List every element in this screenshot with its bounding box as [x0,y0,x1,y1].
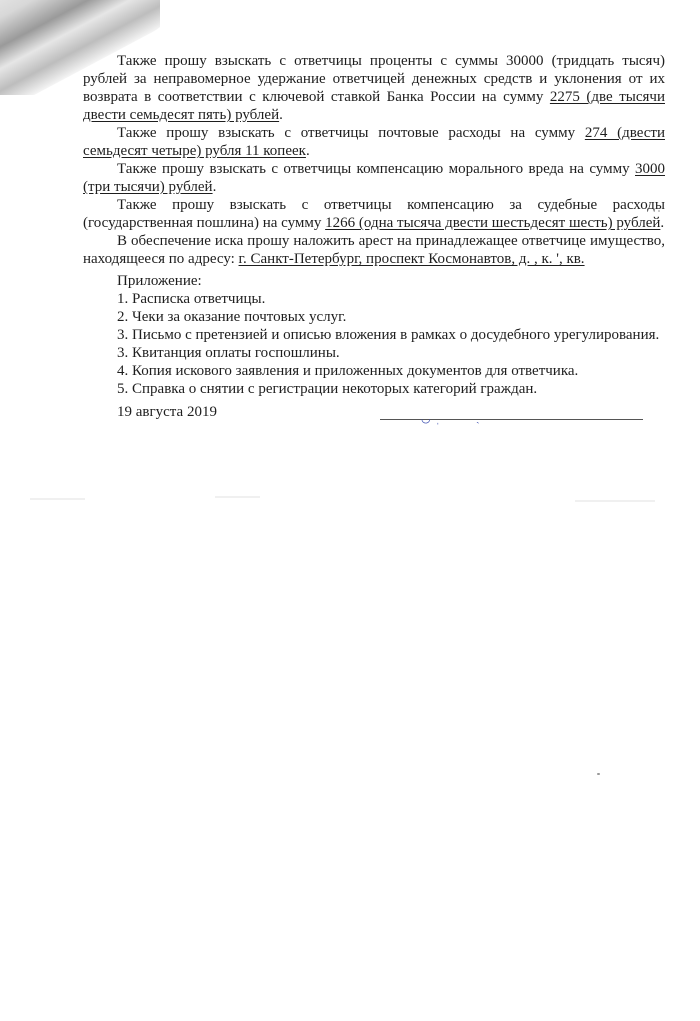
underlined-amount: г. Санкт-Петербург, проспект Космонавтов… [239,251,585,267]
claim-paragraph: В обеспечение иска прошу наложить арест … [83,232,665,268]
scan-artifact [575,500,655,502]
attachment-item: 5. Справка о снятии с регистрации некото… [117,380,677,398]
attachment-item: 4. Копия искового заявления и приложенны… [117,362,677,380]
claim-paragraph: Также прошу взыскать с ответчицы компенс… [83,196,665,232]
attachment-item: 2. Чеки за оказание почтовых услуг. [117,308,677,326]
scan-speck [658,210,660,212]
signature-line [380,419,643,420]
paragraph-text: . [213,179,217,195]
scan-speck [597,773,600,775]
claim-body: Также прошу взыскать с ответчицы процент… [83,52,665,268]
signature-ink-mark: ˏ [476,413,480,424]
paragraph-text: . [279,107,283,123]
attachment-item: 3. Письмо с претензией и описью вложения… [117,326,677,344]
claim-paragraph: Также прошу взыскать с ответчицы процент… [83,52,665,124]
claim-paragraph: Также прошу взыскать с ответчицы почтовы… [83,124,665,160]
attachments-list: Приложение: 1. Расписка ответчицы. 2. Че… [117,272,677,398]
paragraph-text: . [306,143,310,159]
attachment-item: 3. Квитанция оплаты госпошлины. [117,344,677,362]
scan-artifact [215,496,260,498]
underlined-amount: 1266 (одна тысяча двести шестьдесят шест… [325,215,660,231]
attachment-item: 1. Расписка ответчицы. [117,290,677,308]
signature-ink-mark: ◡ [421,414,431,425]
document-page: Также прошу взыскать с ответчицы процент… [0,0,700,1021]
scan-artifact [30,498,85,500]
paragraph-text: Также прошу взыскать с ответчицы почтовы… [117,125,585,141]
paragraph-text: Также прошу взыскать с ответчицы компенс… [117,161,635,177]
document-date: 19 августа 2019 [117,403,217,421]
paragraph-text: . [660,215,664,231]
signature-ink-mark: ˌ [436,414,440,425]
claim-paragraph: Также прошу взыскать с ответчицы компенс… [83,160,665,196]
attachments-heading: Приложение: [117,272,677,290]
